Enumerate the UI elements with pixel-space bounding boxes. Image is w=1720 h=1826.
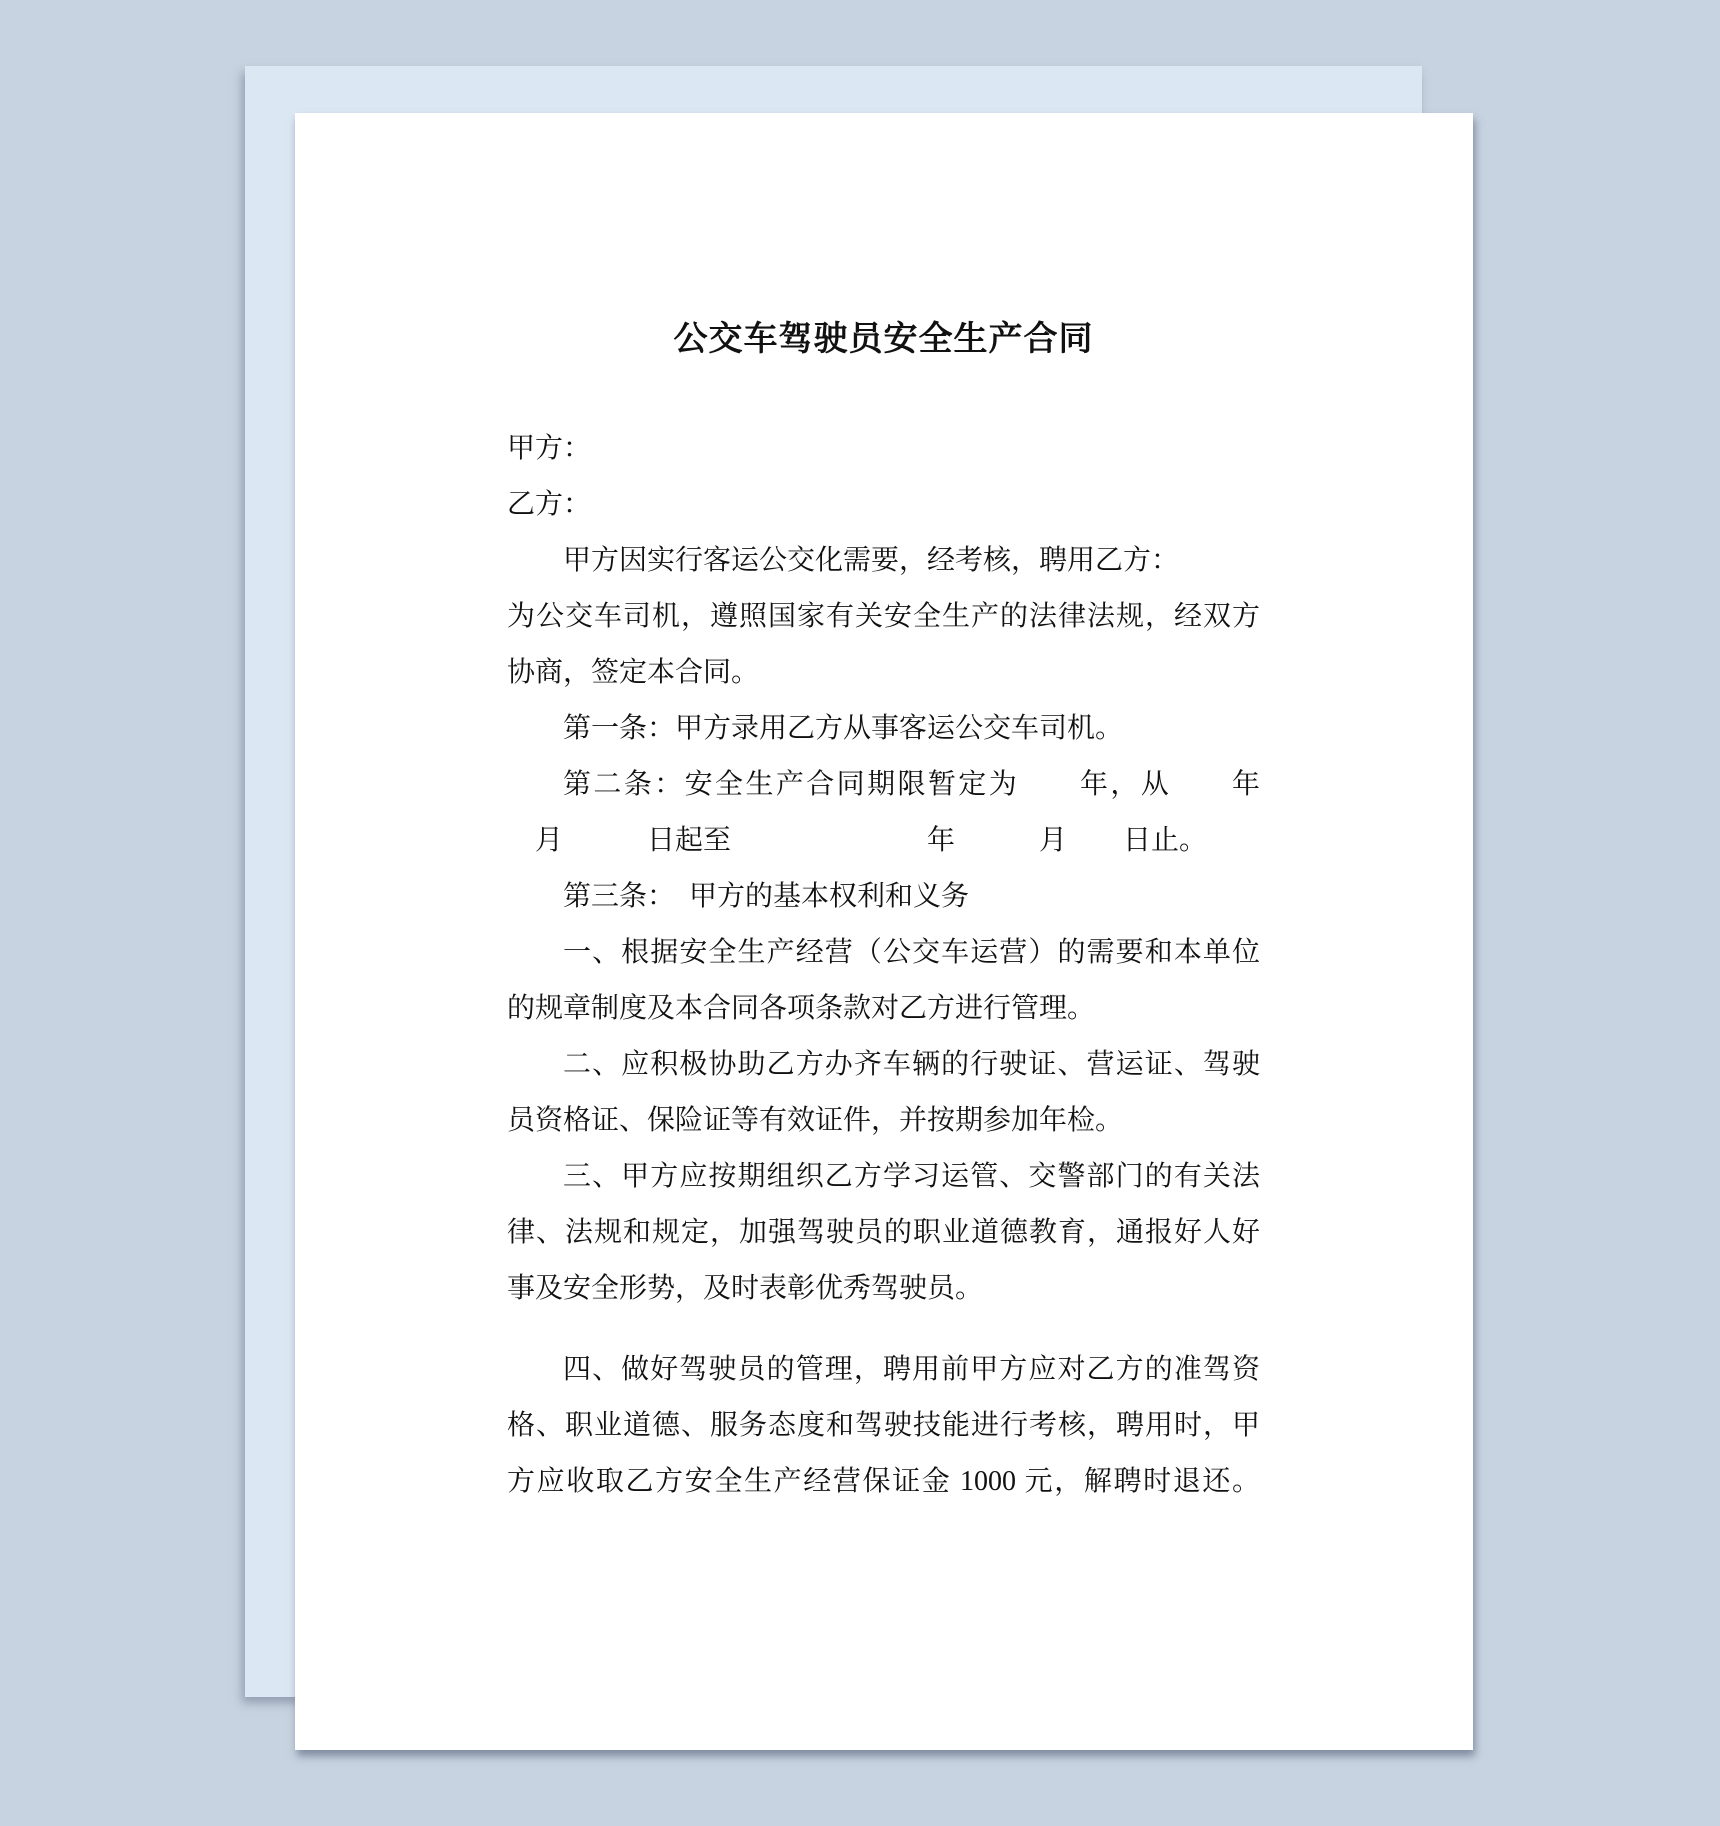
document-line: 员资格证、保险证等有效证件，并按期参加年检。 — [507, 1093, 1260, 1149]
document-line: 甲方： — [507, 421, 1260, 477]
document-line: 为公交车司机，遵照国家有关安全生产的法律法规，经双方 — [507, 589, 1260, 645]
desktop-background: { "colors": { "background": "#c7d3e0", "… — [0, 0, 1720, 1826]
document-line: 四、做好驾驶员的管理，聘用前甲方应对乙方的准驾资 — [507, 1342, 1260, 1398]
document-line: 事及安全形势，及时表彰优秀驾驶员。 — [507, 1261, 1260, 1317]
document-body: 甲方：乙方：甲方因实行客运公交化需要，经考核，聘用乙方：为公交车司机，遵照国家有… — [507, 421, 1260, 1510]
document-page: 公交车驾驶员安全生产合同 甲方：乙方：甲方因实行客运公交化需要，经考核，聘用乙方… — [295, 113, 1473, 1750]
document-line: 月 日起至 年 月 日止。 — [507, 813, 1260, 869]
document-line: 二、应积极协助乙方办齐车辆的行驶证、营运证、驾驶 — [507, 1037, 1260, 1093]
document-line: 三、甲方应按期组织乙方学习运管、交警部门的有关法 — [507, 1149, 1260, 1205]
document-line: 格、职业道德、服务态度和驾驶技能进行考核，聘用时，甲 — [507, 1398, 1260, 1454]
document-line: 协商，签定本合同。 — [507, 645, 1260, 701]
document-line: 第二条：安全生产合同期限暂定为 年，从 年 — [507, 757, 1260, 813]
document-line: 律、法规和规定，加强驾驶员的职业道德教育，通报好人好 — [507, 1205, 1260, 1261]
document-line: 第三条： 甲方的基本权利和义务 — [507, 869, 1260, 925]
document-title: 公交车驾驶员安全生产合同 — [507, 318, 1260, 362]
document-line: 方应收取乙方安全生产经营保证金 1000 元，解聘时退还。 — [507, 1454, 1260, 1510]
document-line: 的规章制度及本合同各项条款对乙方进行管理。 — [507, 981, 1260, 1037]
document-line: 甲方因实行客运公交化需要，经考核，聘用乙方： — [507, 533, 1260, 589]
document-line: 第一条：甲方录用乙方从事客运公交车司机。 — [507, 701, 1260, 757]
document-line: 一、根据安全生产经营（公交车运营）的需要和本单位 — [507, 925, 1260, 981]
document-line: 乙方： — [507, 477, 1260, 533]
